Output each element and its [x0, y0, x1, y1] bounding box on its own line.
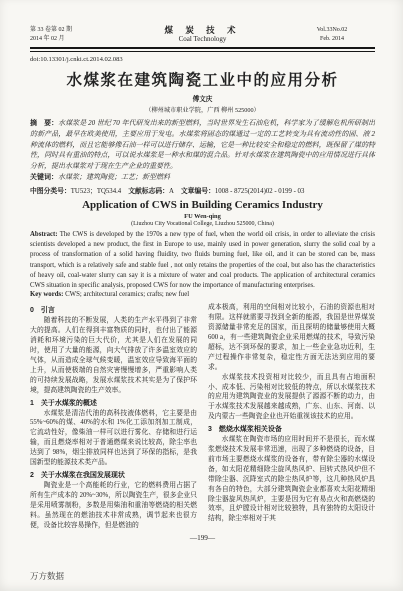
wanfang-watermark: 万方数据: [30, 570, 64, 582]
keywords-en-text: CWS; architectural ceramics; crafts; new…: [65, 291, 189, 298]
volume-issue-en: Vol.33No.02: [289, 26, 375, 35]
volume-issue-cn: 第 33 卷第 02 期: [30, 26, 116, 35]
abstract-en: Abstract: The CWS is developed by the 19…: [30, 230, 375, 291]
keywords-en-label: Key words:: [30, 291, 63, 298]
clc-label: 中图分类号：: [30, 188, 71, 195]
body-paragraph: 水煤浆是清洁代油的高科技液体燃料，它主要是由 55%~60%的煤、40%的水和 …: [30, 409, 197, 468]
paper-page: 第 33 卷第 02 期 2014 年 02 月 煤 炭 技 术 Coal Te…: [0, 0, 403, 591]
article-title-en: Application of CWS in Building Ceramics …: [30, 199, 375, 211]
section-heading: 0 引言: [30, 305, 197, 315]
section-heading: 1 关于水煤浆的概述: [30, 398, 197, 408]
author-cn: 傅文庆: [30, 93, 375, 103]
body-paragraph: 水煤浆在陶瓷市场的应用时间并不是很长，而水煤浆燃烧技术发展非常迅速，出现了多种燃…: [208, 435, 375, 524]
issue-date-cn: 2014 年 02 月: [30, 35, 116, 44]
section-heading: 3 燃烧水煤浆相关设备: [208, 424, 375, 434]
doi-line: doi:10.13301/j.cnki.ct.2014.02.083: [30, 56, 375, 63]
clc-value: TU523；TQ534.4: [71, 188, 121, 195]
body-paragraph: 陶瓷业是一个高能耗的行业，它的燃料费用占据了所有生产成本的 20%~30%，所以…: [30, 481, 197, 531]
body-left-column: 0 引言随着科技的不断发展，人类的生产水平得到了非常大的提高。人们在得到丰富物质…: [30, 303, 197, 530]
abstract-en-text: The CWS is developed by the 1970s a new …: [30, 231, 375, 289]
doc-code-label: 文献标志码：: [128, 188, 169, 195]
affiliation-cn: （柳州城市职业学院，广西 柳州 525000）: [30, 105, 375, 114]
journal-header: 第 33 卷第 02 期 2014 年 02 月 煤 炭 技 术 Coal Te…: [30, 26, 375, 44]
journal-header-right: Vol.33No.02 Feb. 2014: [289, 26, 375, 44]
keywords-cn: 关键词：水煤浆；建筑陶瓷；工艺；新型燃料: [30, 172, 375, 182]
abstract-cn: 摘 要：水煤浆是 20 世纪 70 年代研发出来的新型燃料，当时世界发生石油危机…: [30, 118, 375, 171]
header-divider: [30, 47, 375, 52]
classification-line: 中图分类号：TU523；TQ534.4文献标志码：A文章编号：1008 - 87…: [30, 185, 375, 195]
issue-date-en: Feb. 2014: [289, 35, 375, 44]
article-id-label: 文章编号：: [181, 188, 215, 195]
body-paragraph: 水煤浆技术投资相对比较少，而且具有占地面积小、成本低、污染相对比较低的特点，所以…: [208, 373, 375, 423]
body-columns: 0 引言随着科技的不断发展，人类的生产水平得到了非常大的提高。人们在得到丰富物质…: [30, 303, 375, 530]
keywords-cn-text: 水煤浆；建筑陶瓷；工艺；新型燃料: [58, 173, 170, 181]
author-en: FU Wen-qing: [30, 213, 375, 220]
journal-name-cn: 煤 炭 技 术: [116, 26, 289, 35]
body-right-column: 成本极高，利用的空间相对比较小，石油的资源也相对有限。这样就需要寻找到全新的能源…: [208, 303, 375, 530]
page-number: —199—: [30, 534, 375, 542]
section-heading: 2 关于水煤浆在我国发展现状: [30, 470, 197, 480]
body-paragraph: 成本极高，利用的空间相对比较小，石油的资源也相对有限。这样就需要寻找到全新的能源…: [208, 303, 375, 372]
abstract-cn-text: 水煤浆是 20 世纪 70 年代研发出来的新型燃料，当时世界发生石油危机，科学家…: [30, 119, 375, 170]
article-title-cn: 水煤浆在建筑陶瓷工业中的应用分析: [30, 68, 375, 90]
keywords-cn-label: 关键词：: [30, 174, 58, 181]
keywords-en: Key words: CWS; architectural ceramics; …: [30, 291, 375, 298]
body-paragraph: 随着科技的不断发展，人类的生产水平得到了非常大的提高。人们在得到丰富物质的同时，…: [30, 316, 197, 395]
abstract-cn-label: 摘 要：: [30, 120, 58, 127]
journal-header-left: 第 33 卷第 02 期 2014 年 02 月: [30, 26, 116, 44]
affiliation-en: (Liuzhou City Vocational College, Liuzho…: [30, 221, 375, 227]
article-id-value: 1008 - 8725(2014)02 - 0199 - 03: [215, 188, 304, 195]
journal-header-center: 煤 炭 技 术 Coal Technology: [116, 26, 289, 44]
journal-name-en: Coal Technology: [116, 35, 289, 44]
abstract-en-label: Abstract:: [30, 231, 58, 238]
doc-code-value: A: [169, 188, 174, 195]
